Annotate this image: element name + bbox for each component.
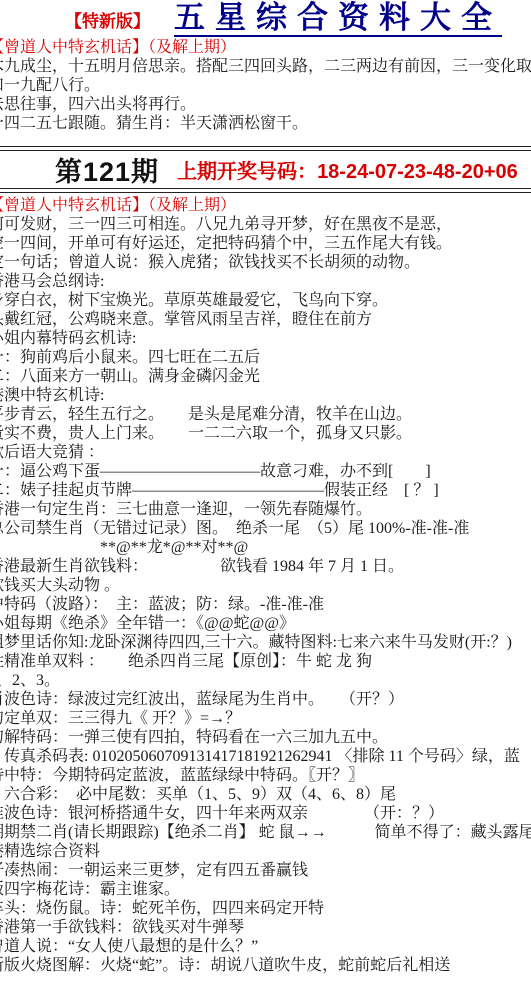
text-line: 港精选综合资料 xyxy=(0,842,531,861)
text-line: 版四字梅花诗：霸主谁家。 xyxy=(0,880,531,899)
text-line: 货实不费，贵人上门来。 一二二六取一个，孤身又只影。 xyxy=(0,424,531,443)
text-line: 香港最新生肖欲钱料： 欲钱看 1984 年 7 月 1 日。 xyxy=(0,557,531,576)
text-line: 身穿白衣，树下宝焕光。草原英雄最爱它，飞鸟向下穿。 xyxy=(0,291,531,310)
text-line: 一：逼公鸡下蛋——————————故意刁难，办不到[ ] xyxy=(0,462,531,481)
text-line: 小姐每期《绝杀》全年错一：《@@蛇@@》 xyxy=(0,614,531,633)
draw-label: 上期开奖号码： xyxy=(177,161,317,183)
text-line: 【曾道人中特玄机话】（及解上期） xyxy=(0,196,531,215)
issue-number: 第121期 xyxy=(55,150,159,189)
main-section: 【曾道人中特玄机话】（及解上期）何可发财，三一四三可相连。八兄九弟寻开梦，好在黑… xyxy=(0,196,531,975)
text-line: 何可发财，三一四三可相连。八兄九弟寻开梦，好在黑夜不是恶， xyxy=(0,215,531,234)
text-line: **@**龙*@**对**@ xyxy=(0,538,531,557)
text-line: 香港一句定生肖：三七曲意一逢迎，一领先春随爆竹。 xyxy=(0,500,531,519)
text-line: 二：婊子挂起贞节牌————————————假装正经 [ ？ ] xyxy=(0,481,531,500)
text-line: 头戴红冠，公鸡晓来意。掌管风雨呈吉祥，瞪住在前方 xyxy=(0,310,531,329)
previous-draw: 上期开奖号码：18-24-07-23-48-20+06 xyxy=(177,155,518,184)
document-page: 【特新版】 五星综合资料大全 【曾道人中特玄机话】（及解上期）木九成尘，十五明月… xyxy=(0,0,531,982)
text-line: 香港马会总纲诗: xyxy=(0,272,531,291)
text-line: 准波色诗：银河桥搭通牛女，四十年来两双亲 （开：？） xyxy=(0,804,531,823)
text-line: 港澳中特玄机诗: xyxy=(0,386,531,405)
page-title: 五星综合资料大全 xyxy=(174,1,502,37)
text-line: 歇后语大竞猜 ： xyxy=(0,443,531,462)
text-line: 总公司禁生肖（无错过记录）图。 绝杀一尾 （5）尾 100%-准-准-准 xyxy=(0,519,531,538)
text-line: 小姐内幕特码玄机诗: xyxy=(0,329,531,348)
text-line: 句解特码：一弹三使有四拍，特码看在一六三加九五中。 xyxy=(0,728,531,747)
text-line: 中特码（波路）： 主：蓝波；防：绿。-准-准-准 xyxy=(0,595,531,614)
text-line: 一四二五七跟随。猜生肖：半天潇洒松窗干。 xyxy=(0,114,531,133)
text-line: 木九成尘，十五明月倍思亲。搭配三四回头路，二三两边有前因，三一变化取中 xyxy=(0,57,531,76)
text-line: 1、2、3。 xyxy=(0,671,531,690)
issue-banner: 第121期 上期开奖号码：18-24-07-23-48-20+06 xyxy=(0,151,531,188)
text-line: 香港第一手欲钱料：欲钱买对牛弹琴 xyxy=(0,918,531,937)
text-line: 曾道人说：“女人使八最想的是什么？” xyxy=(0,937,531,956)
text-line: 仔凑热闹：一朝运来三更梦，定有四五番赢钱 xyxy=(0,861,531,880)
header: 【特新版】 五星综合资料大全 xyxy=(0,0,531,38)
text-line: 一：狗前鸡后小鼠来。四七旺在二五后 xyxy=(0,348,531,367)
text-line: 句定单双：三三得九《 开？》=→？ xyxy=(0,709,531,728)
text-line: 平步青云，轻生五行之。 是头是尾难分清，牧羊在山边。 xyxy=(0,405,531,424)
text-line: 传真杀码表: 010205060709131417181921262941 〈排… xyxy=(0,747,531,766)
text-line: 定一句话；曾道人说：猴入虎猪；欲钱找买不长胡须的动物。 xyxy=(0,253,531,272)
edition-tag: 【特新版】 xyxy=(65,7,150,32)
text-line: 新版火烧图解：火烧“蛇”。诗：胡说八道吹牛皮，蛇前蛇后礼相送 xyxy=(0,956,531,975)
text-line: 姓精准单双料 ： 绝杀四肖三尾【原创】：牛 蛇 龙 狗 xyxy=(0,652,531,671)
document-body: 【特新版】 五星综合资料大全 【曾道人中特玄机话】（及解上期）木九成尘，十五明月… xyxy=(0,0,531,975)
text-line: 姐梦里话你知:龙卧深渊待四四,三十六。藏特图料:七来六来牛马发财(开:？) xyxy=(0,633,531,652)
text-line: 欲钱买大头动物 。 xyxy=(0,576,531,595)
text-line: 肖波色诗：绿波过完红波出，蓝绿尾为生肖中。 （开？） xyxy=(0,690,531,709)
text-line: 空一四间，开单可有好运还，定把特码猜个中，三五作尾大有钱。 xyxy=(0,234,531,253)
issue-banner-block: 第121期 上期开奖号码：18-24-07-23-48-20+06 xyxy=(0,146,531,193)
text-line: 车头：烧伤鼠。诗：蛇死羊伤，四四来码定开特 xyxy=(0,899,531,918)
text-line: 如一九配八行。 xyxy=(0,76,531,95)
text-line: 诗中特：今期特码定蓝波，蓝蓝绿绿中特码。〖开？〗 xyxy=(0,766,531,785)
text-line: 去思往事，四六出头将再行。 xyxy=(0,95,531,114)
text-line: 二：八面来方一朝山。满身金磷闪金光 xyxy=(0,367,531,386)
text-line: 期期禁二肖(请长期跟踪)【绝杀二肖】 蛇 鼠→→ 简单不得了：藏头露尾 xyxy=(0,823,531,842)
draw-numbers: 18-24-07-23-48-20+06 xyxy=(317,161,518,183)
top-section: 【曾道人中特玄机话】（及解上期）木九成尘，十五明月倍思亲。搭配三四回头路，二三两… xyxy=(0,38,531,133)
text-line: 【曾道人中特玄机话】（及解上期） xyxy=(0,38,531,57)
text-line: 六合彩： 必中尾数：买单（1、5、9）双（4、6、8）尾 xyxy=(0,785,531,804)
